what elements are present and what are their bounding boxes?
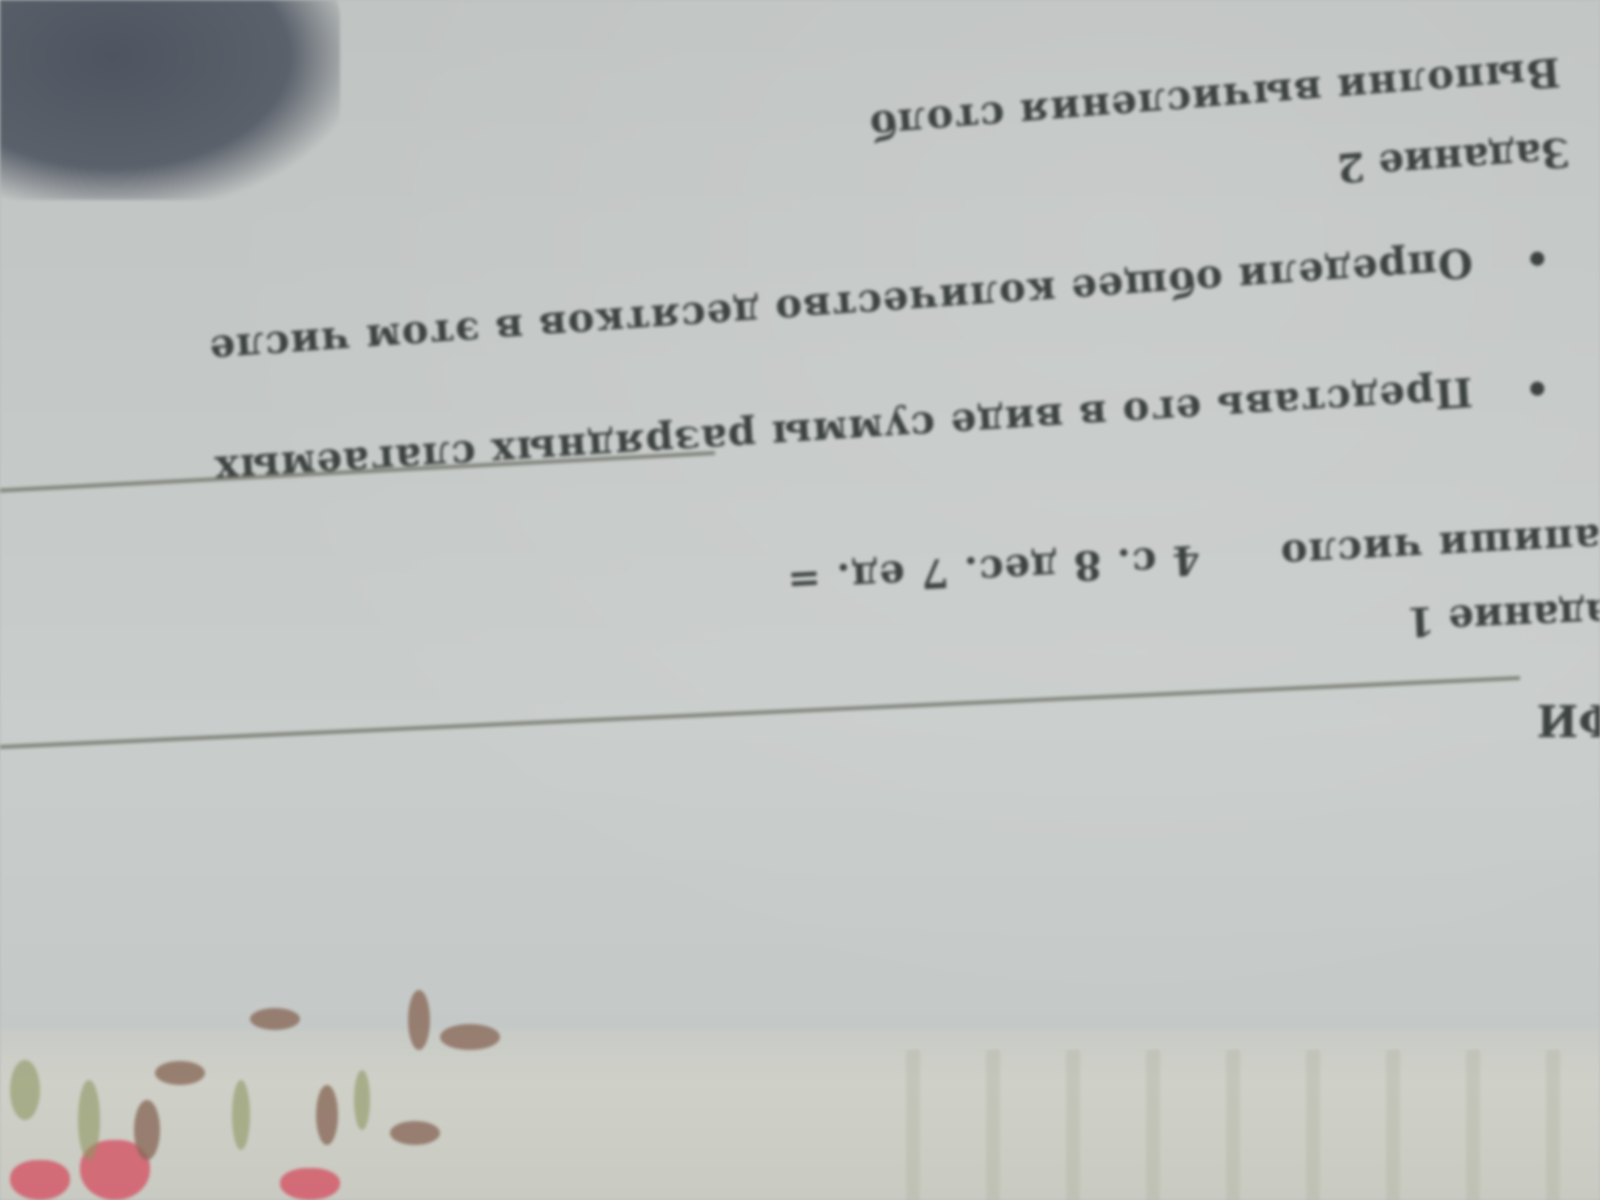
task-1-title: Задание 1: [1406, 588, 1600, 645]
flower-shape: [280, 1168, 340, 1200]
leaf-shape: [134, 1100, 160, 1160]
leaf-shape: [250, 1008, 300, 1030]
leaf-shape: [408, 990, 430, 1050]
leaf-shape: [316, 1085, 338, 1145]
leaf-shape: [232, 1080, 250, 1150]
flower-shape: [10, 1160, 70, 1200]
photo-of-worksheet: ФИ Задание 1 Запиши число 4 с. 8 дес. 7 …: [0, 0, 1600, 1200]
leaf-shape: [10, 1060, 40, 1120]
dark-object: [0, 0, 340, 200]
leaf-shape: [78, 1080, 100, 1160]
floral-tablecloth: [0, 1030, 1600, 1200]
leaf-shape: [155, 1061, 205, 1085]
leaf-shape: [390, 1121, 440, 1145]
leaf-shape: [440, 1024, 500, 1050]
leaf-shape: [354, 1070, 370, 1130]
page-heading-fragment: ФИ: [1537, 694, 1600, 745]
bullet-icon: •: [1522, 363, 1551, 412]
bullet-icon: •: [1522, 233, 1552, 282]
